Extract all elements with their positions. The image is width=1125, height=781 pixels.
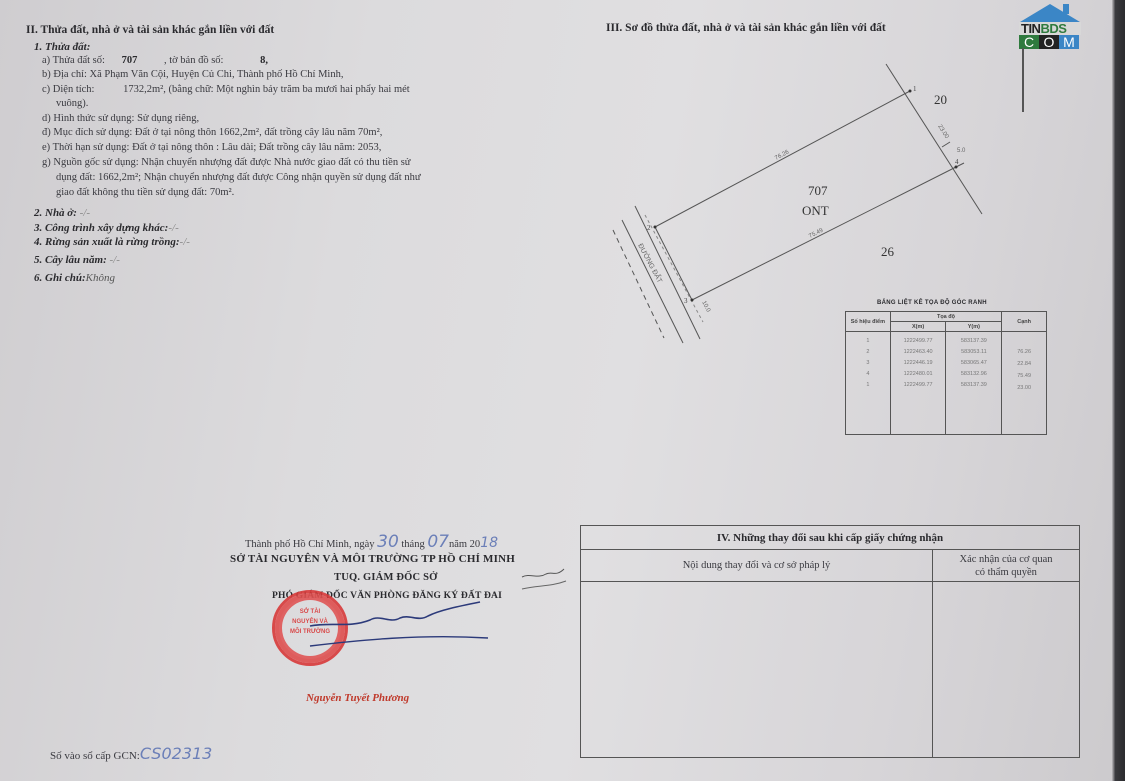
col-change-content: Nội dung thay đổi và cơ sở pháp lý (581, 550, 933, 582)
corner-1-label: 1 (913, 85, 917, 93)
photo-edge-background (1112, 0, 1125, 781)
col-coord: Tọa độ (890, 312, 1002, 322)
issuing-authority: SỞ TÀI NGUYÊN VÀ MÔI TRƯỜNG TP HỒ CHÍ MI… (230, 553, 515, 565)
edge-column: 76.2622.8475.4923.00 (1002, 332, 1047, 435)
item-house: 2. Nhà ở: -/- (34, 207, 90, 219)
signature-scribble (300, 598, 500, 658)
usage-term-line: e) Thời hạn sử dụng: Đất ở tại nông thôn… (42, 142, 381, 153)
corner-4-label: 4 (955, 158, 959, 166)
origin-line-3: giao đất không thu tiền sử dụng đất: 70m… (56, 187, 234, 198)
land-use-label: ONT (802, 203, 829, 218)
land-heading: 1. Thửa đất: (34, 41, 90, 53)
parcel-label: a) Thửa đất số: (42, 55, 105, 66)
coord-table: Số hiệu điểm Tọa độ Cạnh X(m) Y(m) 12341… (845, 311, 1047, 435)
initials-scribble (520, 565, 570, 595)
changes-table: IV. Những thay đổi sau khi cấp giấy chứn… (580, 525, 1080, 758)
col-point: Số hiệu điểm (846, 312, 891, 332)
corner-3-label: 3 (684, 297, 688, 305)
right-boundary (886, 64, 982, 214)
item-perennial-trees: 5. Cây lâu năm: -/- (34, 254, 120, 266)
road-line-1 (635, 206, 700, 339)
logo-roof-icon (1020, 4, 1080, 22)
edge-1-2 (655, 91, 910, 227)
parcel-number-label: 707 (808, 183, 828, 198)
right-offset-label: 5.0 (957, 148, 966, 154)
parcel-number: 707 (122, 55, 138, 66)
y-column: 583137.39583053.11583065.47583132.965831… (946, 332, 1002, 435)
parcel-line: a) Thửa đất số: 707 , tờ bản đồ số: 8, (42, 55, 268, 66)
col-authority-confirmation: Xác nhận của cơ quancó thẩm quyền (933, 550, 1080, 582)
points-column: 12341 (846, 332, 891, 435)
registry-line: Số vào sổ cấp GCN:CS02313 (50, 744, 212, 763)
edge-2-3 (655, 227, 692, 300)
logo-chimney (1063, 4, 1069, 14)
usage-form-line: d) Hình thức sử dụng: Sử dụng riêng, (42, 113, 199, 124)
area-continued: vuông). (56, 98, 88, 109)
usage-purpose-line: đ) Mục đích sử dụng: Đất ở tại nông thôn… (42, 127, 382, 138)
road-line-2 (622, 220, 683, 343)
logo-pole (1022, 48, 1024, 112)
item-planted-forest: 4. Rừng sản xuất là rừng trồng:-/- (34, 236, 190, 248)
map-sheet-label: , tờ bản đồ số: (164, 55, 224, 66)
signer-name: Nguyễn Tuyết Phương (306, 692, 409, 704)
item-note: 6. Ghi chú:Không (34, 272, 115, 284)
registry-label: Số vào sổ cấp GCN: (50, 750, 140, 762)
signer-role-1: TUQ. GIÁM ĐỐC SỞ (334, 572, 438, 583)
parcel-map: 1 2 3 4 707 ONT 20 26 76.26 75.49 23.00 … (600, 60, 1000, 350)
month-handwritten: 07 (427, 532, 449, 552)
col-edge: Cạnh (1002, 312, 1047, 332)
edge-top-length: 76.26 (774, 149, 791, 162)
road-width-label: 10.0 (700, 300, 711, 314)
corner-2-label: 2 (647, 224, 651, 232)
registry-number: CS02313 (140, 744, 213, 763)
day-handwritten: 30 (377, 532, 399, 552)
x-column: 1222499.771222463.401222446.191222480.01… (890, 332, 946, 435)
col-x: X(m) (890, 322, 946, 332)
edge-bottom-length: 75.49 (808, 227, 825, 239)
col-y: Y(m) (946, 322, 1002, 332)
coord-table-title: BẢNG LIỆT KÊ TỌA ĐỘ GÓC RANH (877, 300, 987, 306)
issue-date: Thành phố Hồ Chí Minh, ngày 30 tháng 07n… (245, 532, 498, 552)
section-iv-title: IV. Những thay đổi sau khi cấp giấy chứn… (581, 526, 1080, 550)
area-line: c) Diện tích: 1732,2m², (bằng chữ: Một n… (42, 84, 410, 95)
change-content-cell (581, 582, 933, 758)
origin-line-1: g) Nguồn gốc sử dụng: Nhận chuyển nhượng… (42, 157, 411, 168)
area-label: c) Diện tích: (42, 84, 94, 95)
neighbor-26-label: 26 (881, 244, 895, 259)
item-other-construction: 3. Công trình xây dựng khác:-/- (34, 222, 179, 234)
address-line: b) Địa chỉ: Xã Phạm Văn Cội, Huyện Củ Ch… (42, 69, 343, 80)
section-ii-title: II. Thửa đất, nhà ở và tài sản khác gắn … (26, 24, 274, 36)
confirmation-cell (933, 582, 1080, 758)
map-sheet-number: 8, (260, 55, 268, 66)
neighbor-20-label: 20 (934, 92, 947, 107)
year-handwritten: 18 (480, 535, 498, 551)
tinbds-logo: TINBDS COM (1019, 4, 1081, 49)
origin-line-2: dụng đất: 1662,2m²; Nhận chuyển nhượng đ… (56, 172, 421, 183)
area-value: 1732,2m², (bằng chữ: Một nghìn bảy trăm … (123, 84, 410, 95)
edge-right-length: 23.00 (936, 124, 949, 140)
logo-text-bottom: COM (1019, 35, 1081, 49)
section-iii-title: III. Sơ đồ thửa đất, nhà ở và tài sản kh… (606, 22, 886, 34)
